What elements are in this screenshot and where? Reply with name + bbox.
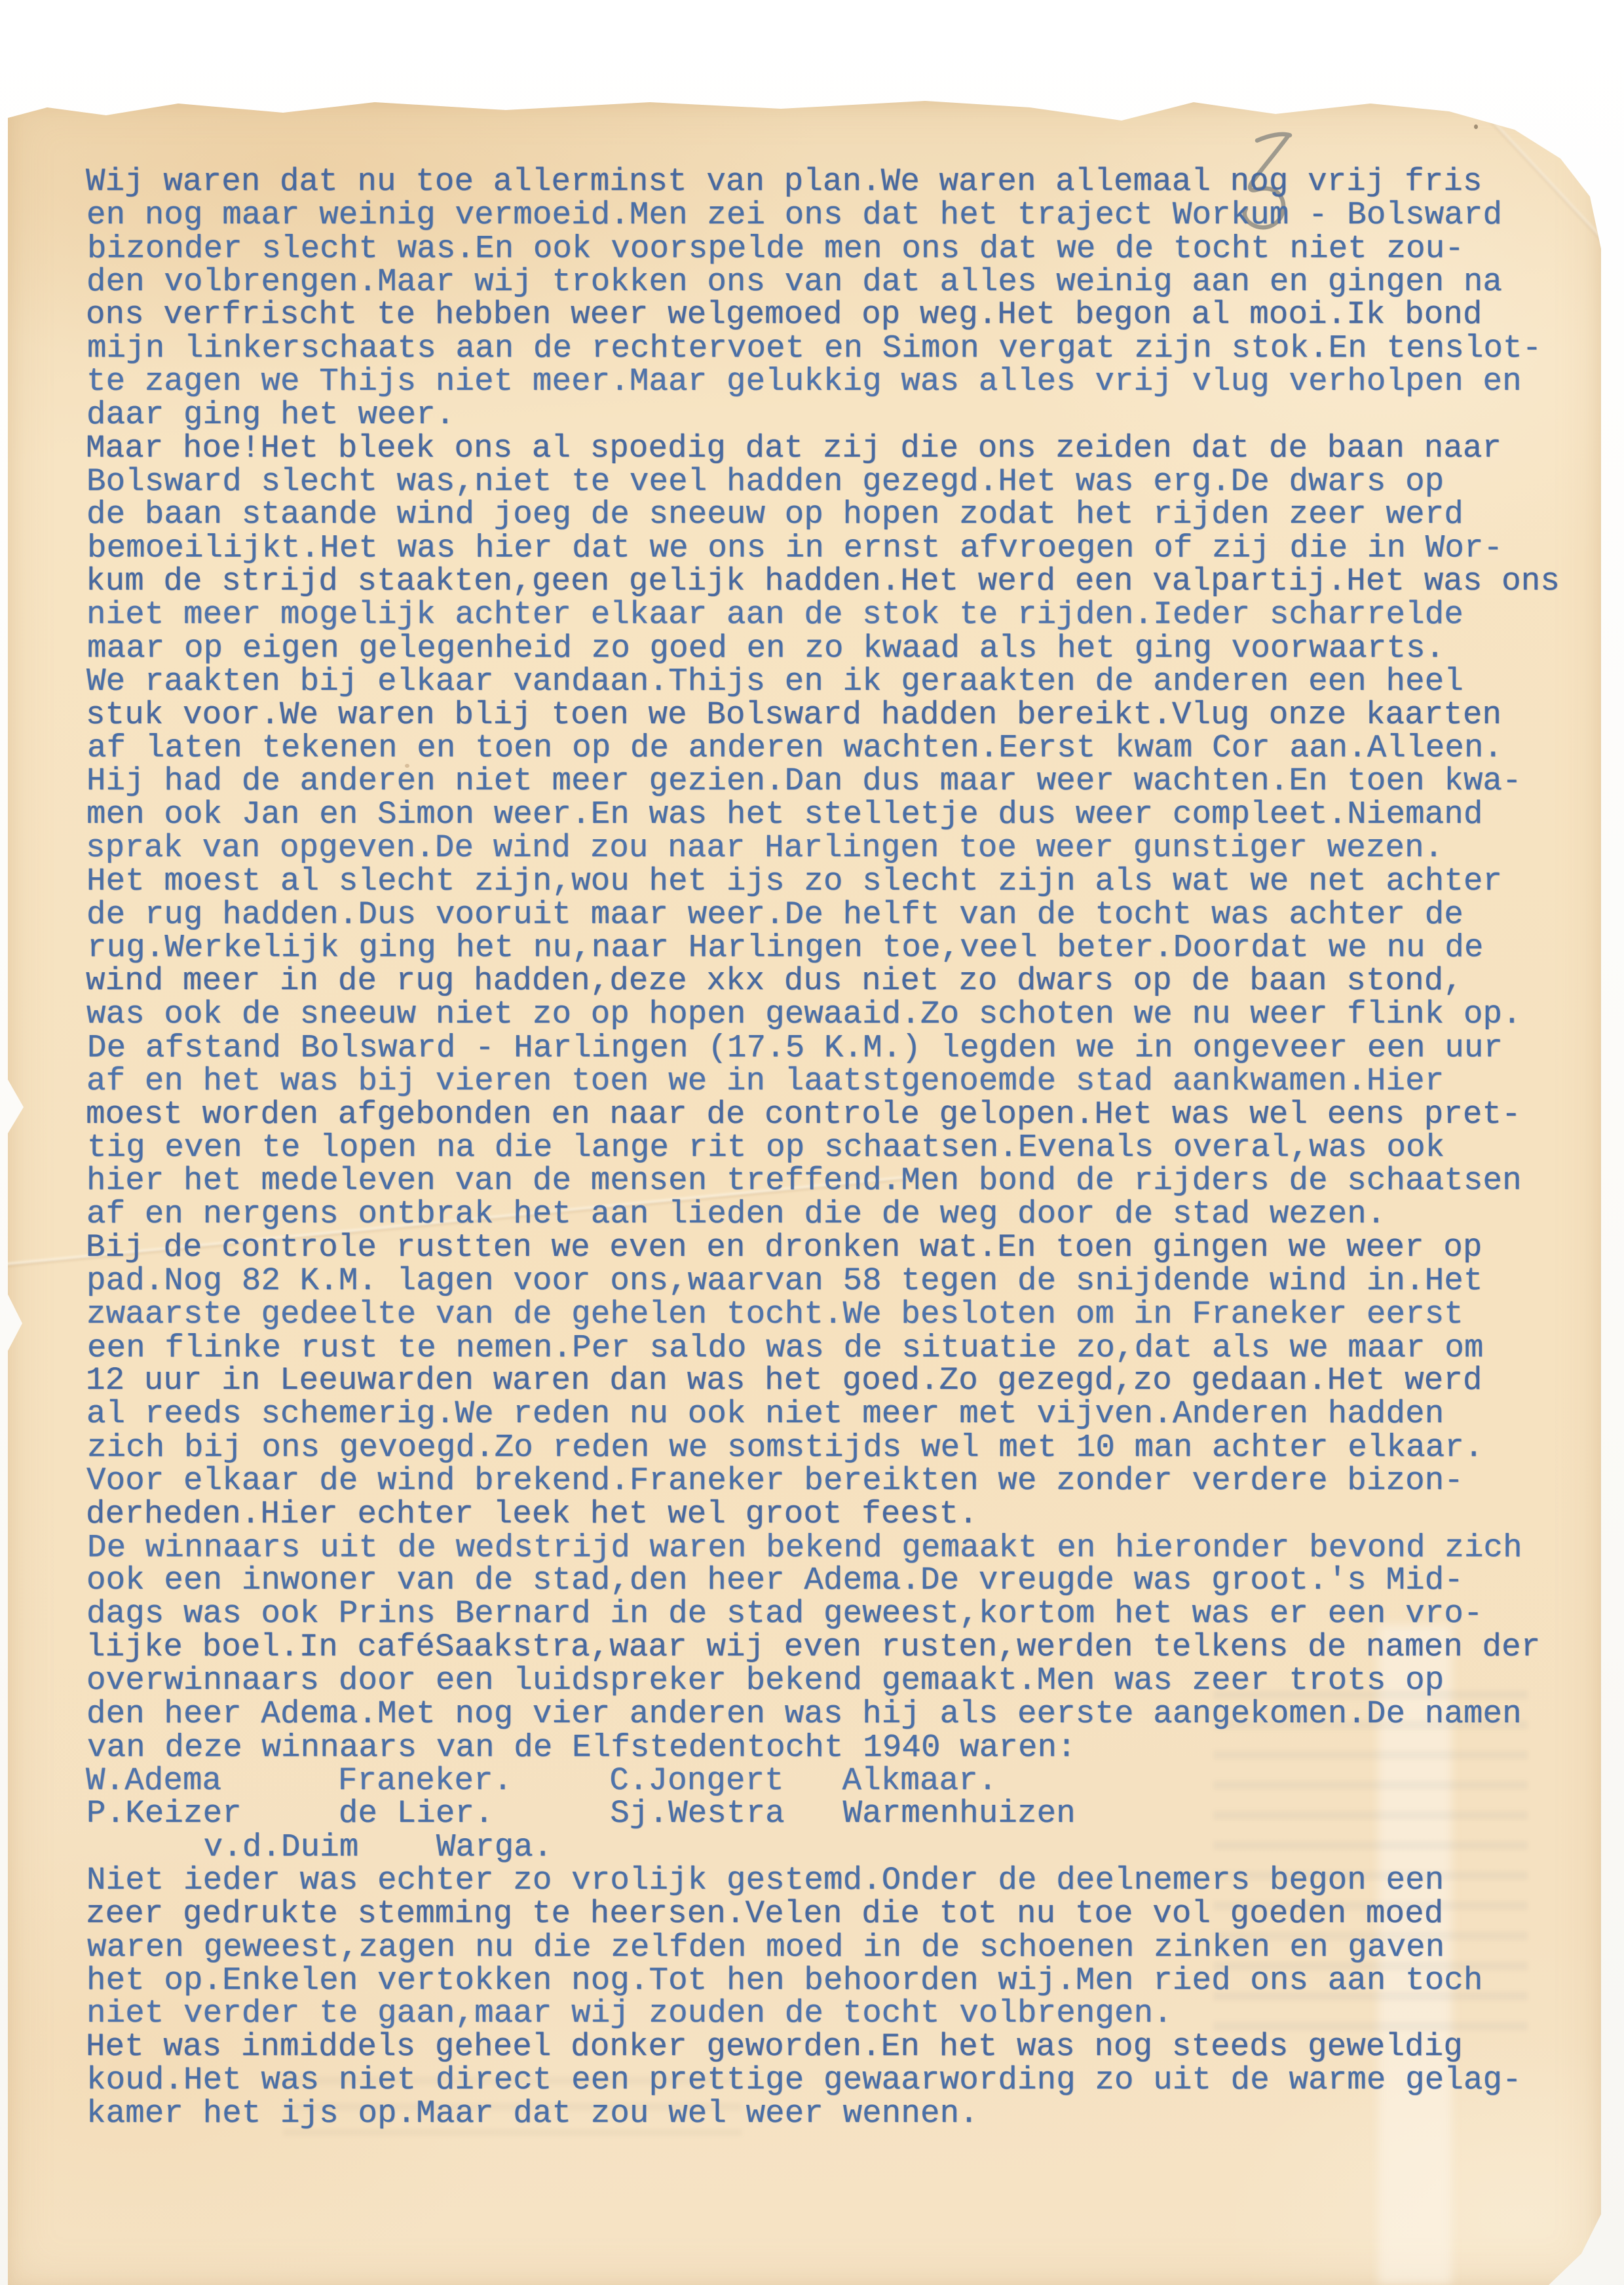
text-line: W.Adema Franeker. C.Jongert Alkmaar. [86, 1764, 1586, 1798]
text-line: zich bij ons gevoegd.Zo reden we somstij… [87, 1431, 1587, 1465]
text-line: Bij de controle rustten we even en dronk… [86, 1231, 1586, 1264]
paper-speck [1474, 124, 1478, 129]
text-line: de baan staande wind joeg de sneeuw op h… [86, 498, 1587, 531]
text-line: een flinke rust te nemen.Per saldo was d… [87, 1331, 1587, 1365]
paper-sheet: Wij waren dat nu toe allerminst van plan… [8, 98, 1601, 2285]
text-line: af en het was bij vieren toen we in laat… [86, 1065, 1587, 1098]
text-line: men ook Jan en Simon weer.En was het ste… [86, 798, 1587, 831]
text-line: van deze winnaars van de Elfstedentocht … [87, 1731, 1587, 1764]
text-line: ook een inwoner van de stad,den heer Ade… [86, 1564, 1587, 1597]
text-line: 12 uur in Leeuwarden waren dan was het g… [86, 1364, 1586, 1397]
text-line: pad.Nog 82 K.M. lagen voor ons,waarvan 5… [86, 1264, 1587, 1298]
text-line: De afstand Bolsward - Harlingen (17.5 K.… [87, 1031, 1587, 1065]
text-line: We raakten bij elkaar vandaan.Thijs en i… [86, 665, 1587, 698]
text-line: overwinnaars door een luidspreker bekend… [86, 1664, 1587, 1697]
text-line: moest worden afgebonden en naar de contr… [86, 1098, 1586, 1131]
text-line: wind meer in de rug hadden,deze xkx dus … [86, 964, 1586, 998]
text-line: De winnaars uit de wedstrijd waren beken… [87, 1531, 1587, 1564]
text-line: af laten tekenen en toen op de anderen w… [87, 732, 1587, 765]
text-line: te zagen we Thijs niet meer.Maar gelukki… [86, 365, 1587, 398]
text-line: v.d.Duim Warga. [87, 1831, 1587, 1864]
text-line: niet verder te gaan,maar wij zouden de t… [86, 1997, 1587, 2030]
text-line: rug.Werkelijk ging het nu,naar Harlingen… [87, 932, 1587, 965]
text-line: waren geweest,zagen nu die zelfden moed … [87, 1931, 1587, 1964]
text-line: Bolsward slecht was,niet te veel hadden … [86, 465, 1587, 499]
text-line: niet meer mogelijk achter elkaar aan de … [86, 598, 1587, 632]
text-line: Het moest al slecht zijn,wou het ijs zo … [86, 865, 1587, 898]
text-line: Maar hoe!Het bleek ons al spoedig dat zi… [86, 432, 1586, 465]
text-line: zeer gedrukte stemming te heersen.Velen … [86, 1897, 1586, 1931]
text-line: Het was inmiddels geheel donker geworden… [86, 2030, 1586, 2064]
text-line: mijn linkerschaats aan de rechtervoet en… [87, 332, 1587, 366]
text-line: derheden.Hier echter leek het wel groot … [86, 1498, 1586, 1531]
text-line: sprak van opgeven.De wind zou naar Harli… [86, 831, 1586, 865]
text-line: Voor elkaar de wind brekend.Franeker ber… [86, 1464, 1587, 1498]
text-line: kum de strijd staakten,geen gelijk hadde… [86, 565, 1586, 598]
text-line: Niet ieder was echter zo vrolijk gestemd… [86, 1864, 1587, 1897]
text-line: lijke boel.In caféSaakstra,waar wij even… [86, 1631, 1586, 1664]
text-line: zwaarste gedeelte van de gehelen tocht.W… [86, 1298, 1587, 1331]
text-line: daar ging het weer. [86, 398, 1587, 432]
text-line: koud.Het was niet direct een prettige ge… [86, 2064, 1587, 2097]
text-line: stuk voor.We waren blij toen we Bolsward… [86, 698, 1586, 732]
text-line: was ook de sneeuw niet zo op hopen gewaa… [86, 998, 1587, 1031]
text-line: dags was ook Prins Bernard in de stad ge… [86, 1597, 1587, 1631]
text-line: af en nergens ontbrak het aan lieden die… [86, 1198, 1587, 1231]
text-line: al reeds schemerig.We reden nu ook niet … [86, 1397, 1587, 1431]
text-line: ons verfrischt te hebben weer welgemoed … [86, 298, 1586, 331]
text-line: tig even te lopen na die lange rit op sc… [87, 1131, 1587, 1165]
text-line: de rug hadden.Dus vooruit maar weer.De h… [86, 898, 1587, 932]
text-line: en nog maar weinig vermoeid.Men zei ons … [86, 198, 1587, 232]
scanned-document: Wij waren dat nu toe allerminst van plan… [0, 0, 1624, 2285]
text-line: kamer het ijs op.Maar dat zou wel weer w… [86, 2097, 1587, 2130]
text-line: den volbrengen.Maar wij trokken ons van … [86, 265, 1587, 299]
text-line: den heer Adema.Met nog vier anderen was … [86, 1697, 1587, 1731]
text-line: Hij had de anderen niet meer gezien.Dan … [86, 765, 1587, 798]
text-line: Wij waren dat nu toe allerminst van plan… [86, 165, 1586, 198]
text-line: hier het medeleven van de mensen treffen… [86, 1164, 1587, 1198]
text-line: het op.Enkelen vertokken nog.Tot hen beh… [86, 1964, 1587, 1997]
text-line: P.Keizer de Lier. Sj.Westra Warmenhuizen [86, 1797, 1587, 1830]
typewritten-text: Wij waren dat nu toe allerminst van plan… [86, 165, 1587, 2130]
text-line: maar op eigen gelegenheid zo goed en zo … [87, 632, 1587, 665]
text-line: bizonder slecht was.En ook voorspelde me… [87, 232, 1587, 265]
text-line: bemoeilijkt.Het was hier dat we ons in e… [87, 532, 1587, 565]
